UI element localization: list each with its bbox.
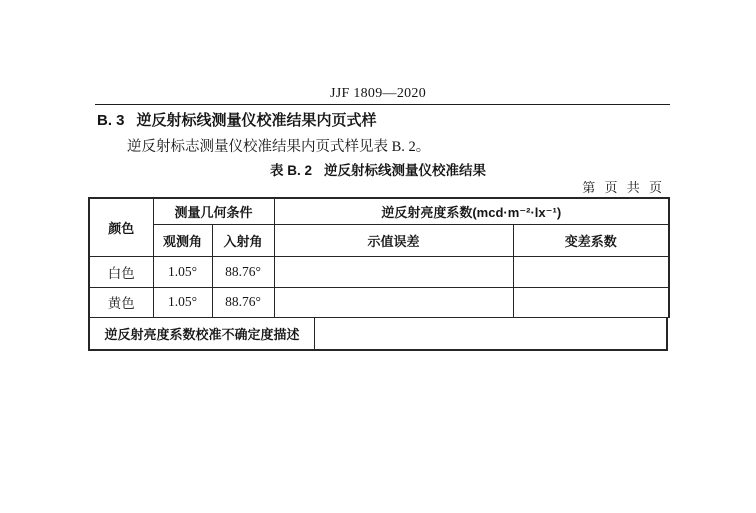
- uncertainty-label: 逆反射亮度系数校准不确定度描述: [90, 318, 315, 349]
- header-row-1: 颜色 测量几何条件 逆反射亮度系数(mcd·m⁻²·lx⁻¹): [89, 198, 669, 224]
- table-caption-title: 逆反射标线测量仪校准结果: [324, 163, 486, 178]
- uncertainty-value: [315, 318, 666, 349]
- header-observation-angle: 观测角: [153, 224, 212, 256]
- cell-color: 黄色: [89, 287, 153, 317]
- document-page: JJF 1809—2020 B. 3逆反射标线测量仪校准结果内页式样 逆反射标志…: [0, 0, 756, 513]
- header-geometry: 测量几何条件: [153, 198, 274, 224]
- cell-observation-angle: 1.05°: [153, 287, 212, 317]
- header-indication-error: 示值误差: [274, 224, 513, 256]
- table-row-white: 白色 1.05° 88.76°: [89, 256, 669, 287]
- cell-color: 白色: [89, 256, 153, 287]
- calibration-table-grid: 颜色 测量几何条件 逆反射亮度系数(mcd·m⁻²·lx⁻¹) 观测角 入射角 …: [88, 197, 670, 318]
- calibration-table: 颜色 测量几何条件 逆反射亮度系数(mcd·m⁻²·lx⁻¹) 观测角 入射角 …: [88, 197, 668, 351]
- doc-number: JJF 1809—2020: [0, 86, 756, 102]
- cell-variation-coefficient: [513, 287, 669, 317]
- body-paragraph: 逆反射标志测量仪校准结果内页式样见表 B. 2。: [127, 135, 430, 156]
- table-row-yellow: 黄色 1.05° 88.76°: [89, 287, 669, 317]
- cell-observation-angle: 1.05°: [153, 256, 212, 287]
- section-heading: B. 3逆反射标线测量仪校准结果内页式样: [97, 109, 377, 130]
- page-indicator: 第 页 共 页: [582, 177, 662, 196]
- header-entrance-angle: 入射角: [212, 224, 274, 256]
- cell-indication-error: [274, 256, 513, 287]
- cell-indication-error: [274, 287, 513, 317]
- header-rule: [95, 104, 670, 105]
- header-variation-coefficient: 变差系数: [513, 224, 669, 256]
- table-caption-label: 表 B. 2: [270, 163, 312, 178]
- header-coefficient: 逆反射亮度系数(mcd·m⁻²·lx⁻¹): [274, 198, 669, 224]
- header-row-2: 观测角 入射角 示值误差 变差系数: [89, 224, 669, 256]
- cell-variation-coefficient: [513, 256, 669, 287]
- table-caption: 表 B. 2逆反射标线测量仪校准结果: [0, 159, 756, 179]
- section-label: B. 3: [97, 112, 125, 129]
- header-color: 颜色: [89, 198, 153, 256]
- section-title: 逆反射标线测量仪校准结果内页式样: [137, 112, 377, 129]
- uncertainty-row: 逆反射亮度系数校准不确定度描述: [88, 318, 668, 351]
- cell-entrance-angle: 88.76°: [212, 287, 274, 317]
- cell-entrance-angle: 88.76°: [212, 256, 274, 287]
